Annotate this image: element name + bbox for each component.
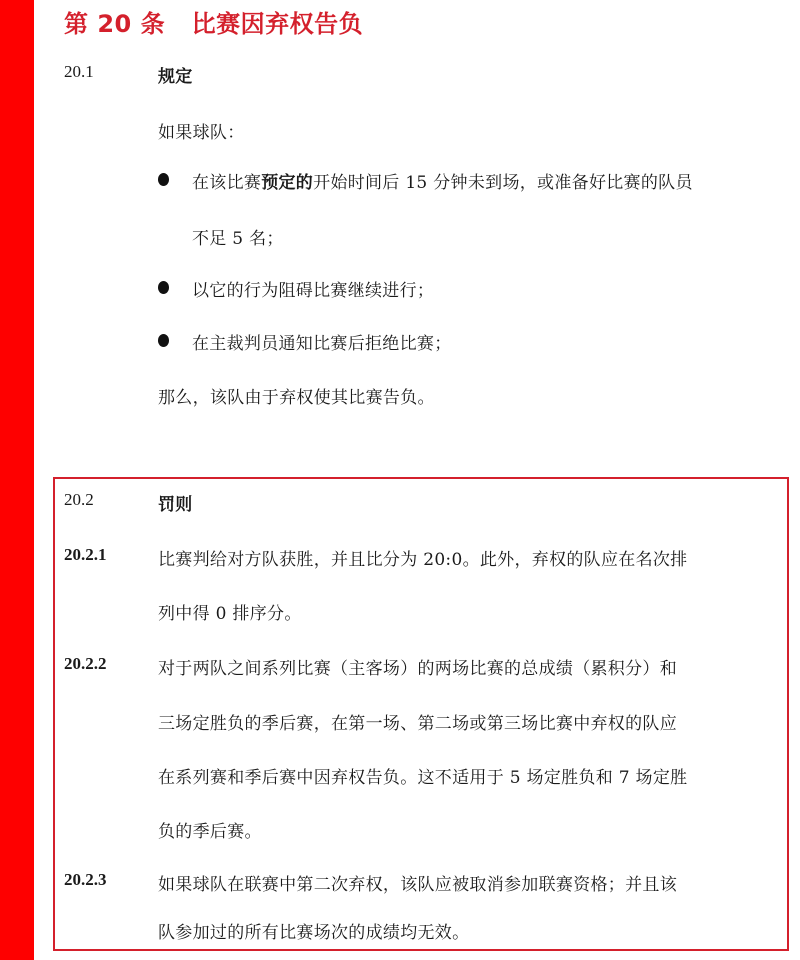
item-number-20-2-2: 20.2.2 [64,654,107,674]
item-20-2-1-line-1: 比赛判给对方队获胜，并且比分为 20:0。此外，弃权的队应在名次排 [158,545,687,570]
bullet-icon [158,173,169,186]
bold-emphasis: 预定的 [261,173,313,193]
bullet-icon [158,334,169,347]
section-intro: 如果球队： [158,118,245,143]
bullet-item-2: 以它的行为阻碍比赛继续进行； [192,276,434,301]
section-heading-rules: 规定 [158,62,193,87]
item-number-20-2-3: 20.2.3 [64,870,107,890]
red-sidebar-bar [0,0,34,960]
bullet-item-3: 在主裁判员通知比赛后拒绝比赛； [192,329,452,354]
item-20-2-1-line-2: 列中得 0 排序分。 [158,599,302,624]
article-title: 第 20 条 比赛因弃权告负 [64,4,363,39]
item-20-2-2-line-1: 对于两队之间系列比赛（主客场）的两场比赛的总成绩（累积分）和 [158,654,677,679]
item-number-20-2-1: 20.2.1 [64,545,107,565]
item-20-2-3-line-2: 队参加过的所有比赛场次的成绩均无效。 [158,918,469,943]
section-number-20-2: 20.2 [64,490,94,510]
item-20-2-2-line-4: 负的季后赛。 [158,817,262,842]
item-20-2-2-line-3: 在系列赛和季后赛中因弃权告负。这不适用于 5 场定胜负和 7 场定胜 [158,763,687,788]
bullet-item-1-continuation: 不足 5 名； [192,224,284,249]
item-20-2-3-line-1: 如果球队在联赛中第二次弃权，该队应被取消参加联赛资格；并且该 [158,870,677,895]
bullet-item-1: 在该比赛预定的开始时间后 15 分钟未到场，或准备好比赛的队员 [192,168,693,193]
section-conclusion: 那么，该队由于弃权使其比赛告负。 [158,383,435,408]
bullet-icon [158,281,169,294]
section-number-20-1: 20.1 [64,62,94,82]
item-20-2-2-line-2: 三场定胜负的季后赛，在第一场、第二场或第三场比赛中弃权的队应 [158,709,677,734]
section-heading-penalty: 罚则 [158,490,193,515]
